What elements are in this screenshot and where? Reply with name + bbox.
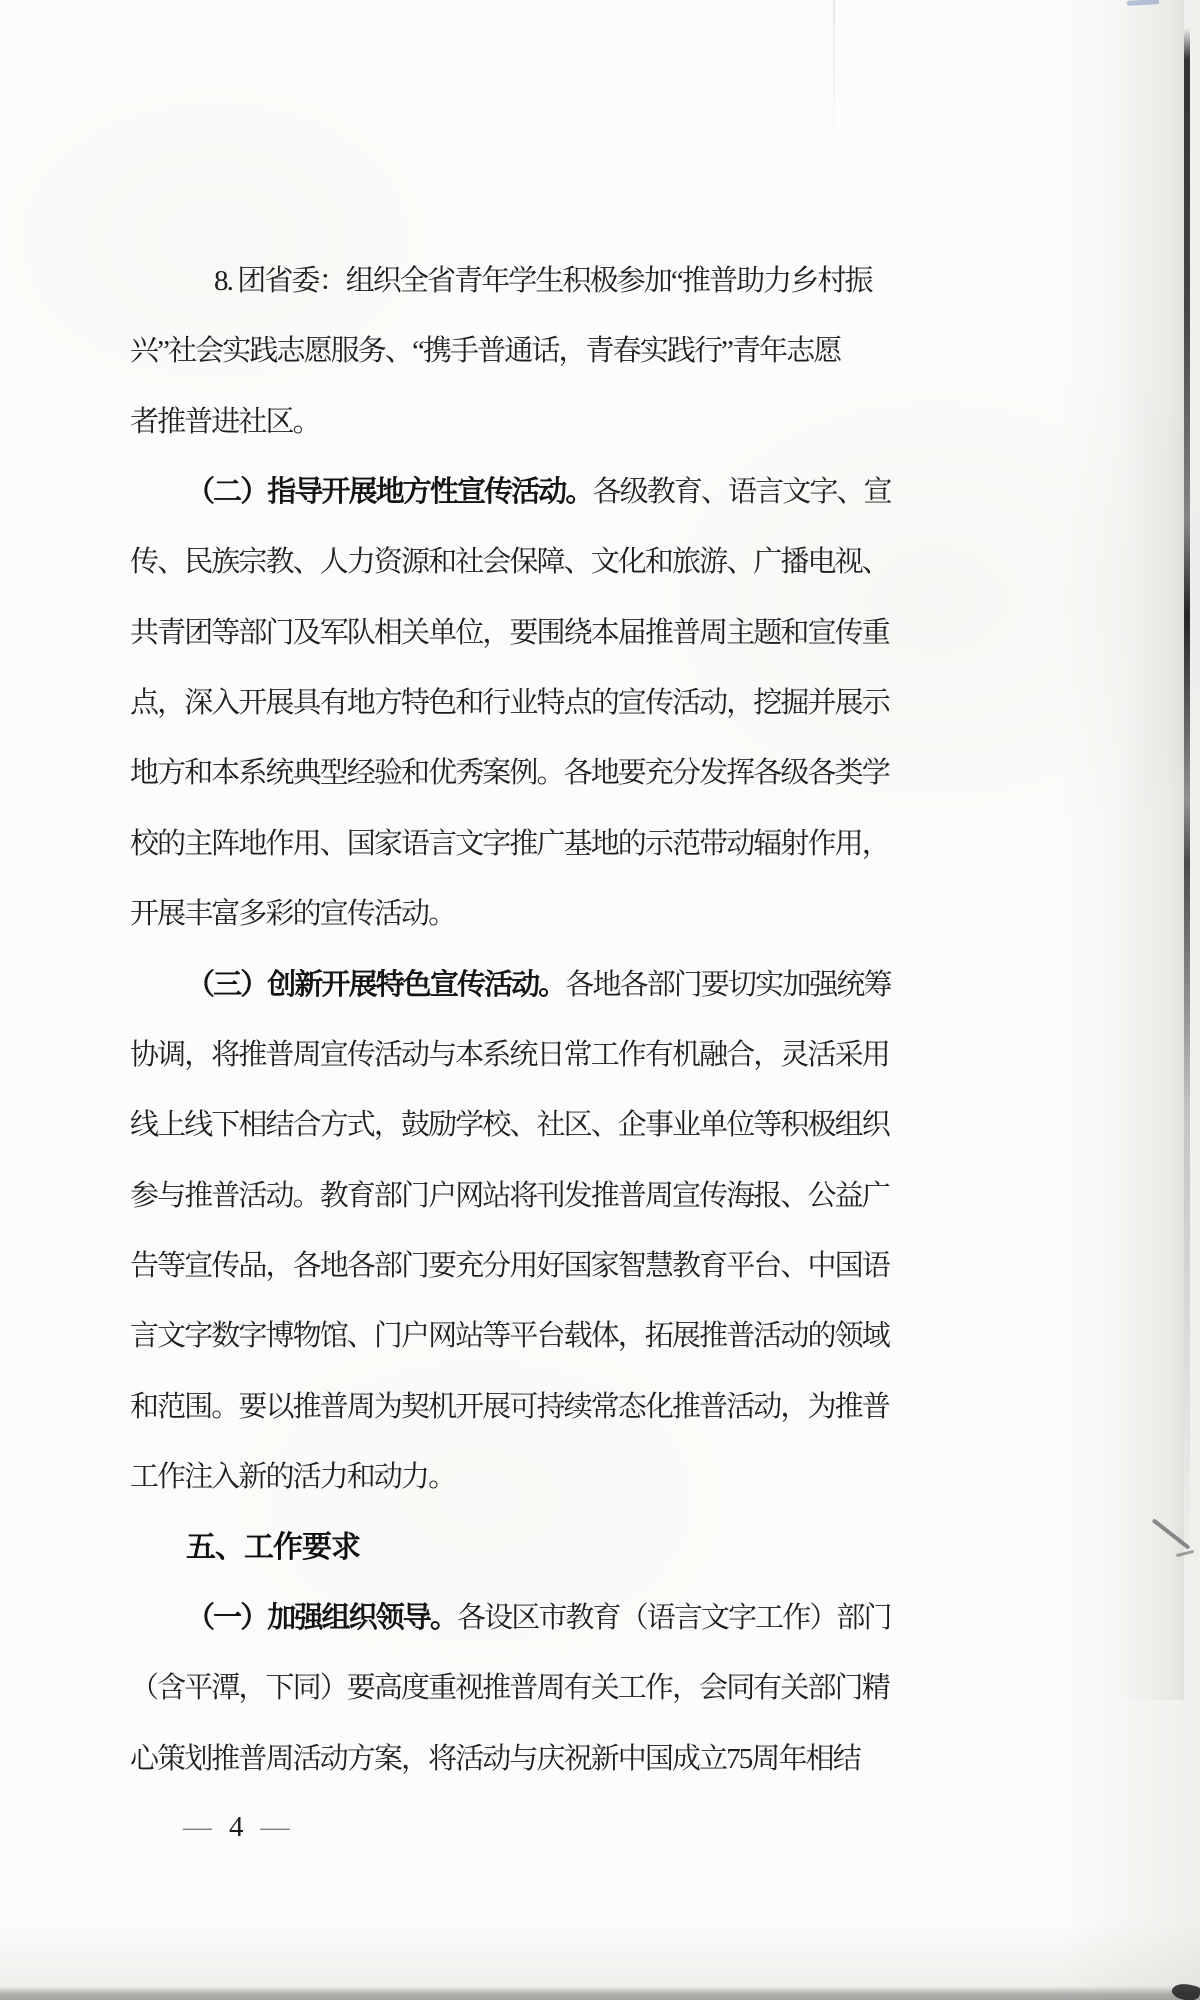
line-body-text: 共青团等部门及军队相关单位，要围绕本届推普周主题和宣传重 (130, 617, 889, 649)
line-body-text: 校的主阵地作用、国家语言文字推广基地的示范带动辐射作用， (130, 828, 889, 860)
line-body-text: 各地各部门要切实加强统筹 (565, 969, 890, 1001)
text-line: 者推普进社区。 (130, 403, 905, 445)
text-line: 线上线下相结合方式，鼓励学校、社区、企事业单位等积极组织 (130, 1106, 905, 1148)
page-number: —4— (183, 1810, 290, 1846)
text-line: 协调，将推普周宣传活动与本系统日常工作有机融合，灵活采用 (130, 1036, 905, 1078)
scan-fold-streak (833, 0, 835, 150)
text-line: 8. 团省委：组织全省青年学生积极参加“推普助力乡村振 (130, 262, 905, 304)
line-body-text: 地方和本系统典型经验和优秀案例。各地要充分发挥各级各类学 (130, 757, 889, 789)
text-line: 和范围。要以推普周为契机开展可持续常态化推普活动，为推普 (130, 1388, 905, 1430)
page-number-left-dash: — (183, 1811, 212, 1843)
line-body-text: 传、民族宗教、人力资源和社会保障、文化和旅游、广播电视、 (130, 546, 889, 578)
scan-bottom-shadow-band (0, 1986, 1200, 2000)
line-body-text: 参与推普活动。教育部门户网站将刊发推普周宣传海报、公益广 (130, 1180, 889, 1212)
line-body-text: （含平潭，下同）要高度重视推普周有关工作，会同有关部门精 (130, 1672, 889, 1704)
text-line: 兴”社会实践志愿服务、“携手普通话，青春实践行”青年志愿 (130, 332, 905, 374)
text-line: 参与推普活动。教育部门户网站将刊发推普周宣传海报、公益广 (130, 1177, 905, 1219)
text-line: 开展丰富多彩的宣传活动。 (130, 895, 905, 937)
section-heading: 五、工作要求 (130, 1529, 905, 1571)
text-line: 心策划推普周活动方案，将活动与庆祝新中国成立75周年相结 (130, 1740, 905, 1782)
text-line: 点，深入开展具有地方特色和行业特点的宣传活动，挖掘并展示 (130, 684, 905, 726)
line-lead-text: 五、工作要求 (186, 1531, 360, 1564)
text-line: （一）加强组织领导。各设区市教育（语言文字工作）部门 (130, 1599, 905, 1641)
line-body-text: 言文字数字博物馆、门户网站等平台载体，拓展推普活动的领域 (130, 1320, 889, 1352)
line-lead-text: （一）加强组织领导。 (186, 1602, 457, 1634)
line-body-text: 者推普进社区。 (130, 406, 320, 438)
line-body-text: 工作注入新的活力和动力。 (130, 1461, 455, 1493)
text-line: 校的主阵地作用、国家语言文字推广基地的示范带动辐射作用， (130, 825, 905, 867)
line-body-text: 兴”社会实践志愿服务、“携手普通话，青春实践行”青年志愿 (130, 335, 840, 367)
text-line: （含平潭，下同）要高度重视推普周有关工作，会同有关部门精 (130, 1669, 905, 1711)
text-line: 传、民族宗教、人力资源和社会保障、文化和旅游、广播电视、 (130, 543, 905, 585)
text-line: 地方和本系统典型经验和优秀案例。各地要充分发挥各级各类学 (130, 754, 905, 796)
line-body-text: 协调，将推普周宣传活动与本系统日常工作有机融合，灵活采用 (130, 1039, 889, 1071)
scanned-document-page: 8. 团省委：组织全省青年学生积极参加“推普助力乡村振 兴”社会实践志愿服务、“… (0, 0, 1200, 2000)
scan-right-edge-shadow (1120, 0, 1184, 1700)
line-body-text: 点，深入开展具有地方特色和行业特点的宣传活动，挖掘并展示 (130, 687, 889, 719)
text-line: （三）创新开展特色宣传活动。各地各部门要切实加强统筹 (130, 966, 905, 1008)
line-lead-text: （二）指导开展地方性宣传活动。 (186, 476, 593, 508)
line-body-text: 线上线下相结合方式，鼓励学校、社区、企事业单位等积极组织 (130, 1109, 889, 1141)
text-line: 告等宣传品，各地各部门要充分用好国家智慧教育平台、中国语 (130, 1247, 905, 1289)
text-line: 言文字数字博物馆、门户网站等平台载体，拓展推普活动的领域 (130, 1317, 905, 1359)
line-body-text: 告等宣传品，各地各部门要充分用好国家智慧教育平台、中国语 (130, 1250, 889, 1282)
text-line: （二）指导开展地方性宣传活动。各级教育、语言文字、宣 (130, 473, 905, 515)
page-number-right-dash: — (261, 1811, 290, 1843)
text-line: 工作注入新的活力和动力。 (130, 1458, 905, 1500)
page-number-value: 4 (229, 1811, 244, 1843)
line-body-text: 心策划推普周活动方案，将活动与庆祝新中国成立75周年相结 (130, 1743, 860, 1775)
line-body-text: 8. 团省委：组织全省青年学生积极参加“推普助力乡村振 (214, 265, 872, 297)
text-line: 共青团等部门及军队相关单位，要围绕本届推普周主题和宣传重 (130, 614, 905, 656)
line-body-text: 开展丰富多彩的宣传活动。 (130, 898, 455, 930)
line-body-text: 各设区市教育（语言文字工作）部门 (457, 1602, 891, 1634)
scan-right-edge-line (1184, 28, 1190, 1573)
line-body-text: 各级教育、语言文字、宣 (593, 476, 891, 508)
line-body-text: 和范围。要以推普周为契机开展可持续常态化推普活动，为推普 (130, 1391, 889, 1423)
line-lead-text: （三）创新开展特色宣传活动。 (186, 969, 565, 1001)
